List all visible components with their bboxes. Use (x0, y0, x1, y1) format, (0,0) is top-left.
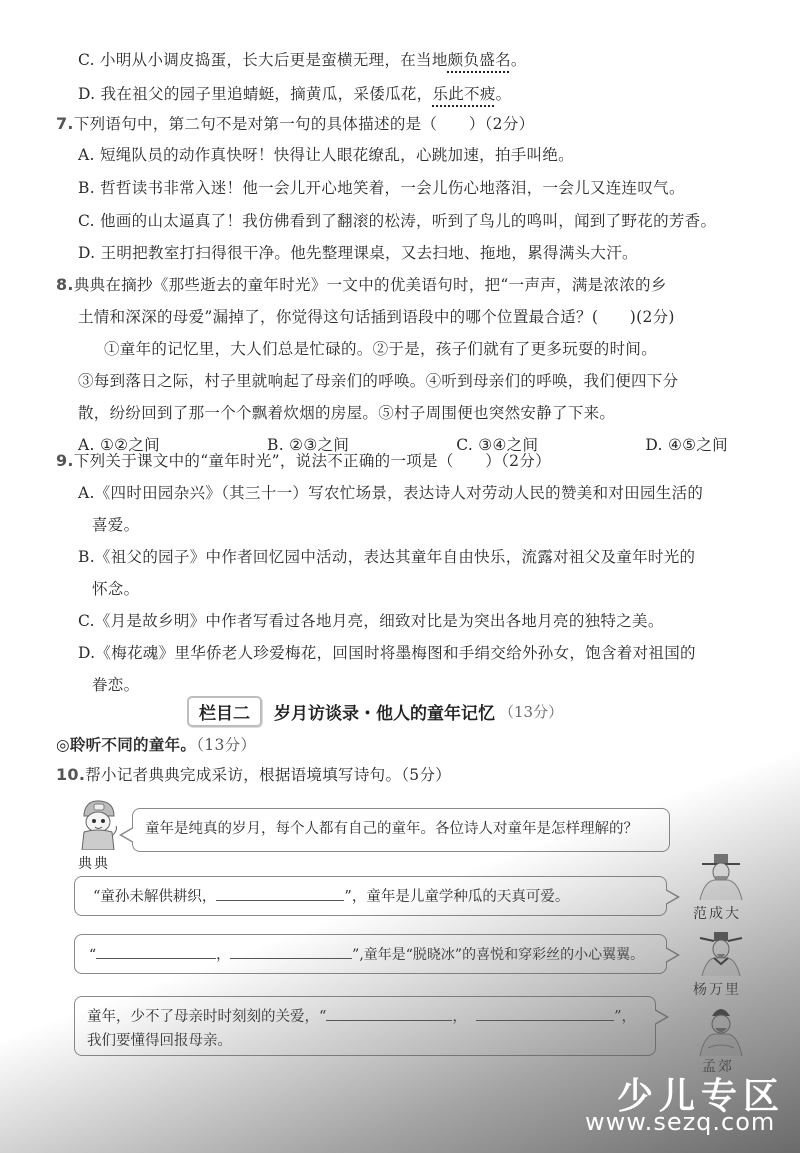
poet-yang-icon (694, 928, 748, 976)
poem-blank-4[interactable] (326, 1006, 452, 1021)
q7-option-c: C. 他画的山太逼真了！我仿佛看到了翻滚的松涛，听到了鸟儿的鸣叫，闻到了野花的芳… (78, 211, 716, 231)
q10-stem: 10.帮小记者典典完成采访，根据语境填写诗句。（5分） (56, 765, 451, 785)
watermark-url: www.sezq.com (585, 1108, 775, 1136)
section-header: 栏目二 岁月访谈录・他人的童年记忆 （13分） (187, 697, 563, 725)
boy-reporter-icon (76, 798, 120, 850)
answer-comment: ”,童年是“脱晓冰”的喜悦和穿彩丝的小心翼翼。 (352, 947, 644, 963)
option-text: C. 小明从小调皮捣蛋，长大后更是蛮横无理，在当地 (78, 51, 448, 69)
q9-option-d-line1: D.《梅花魂》里华侨老人珍爱梅花，回国时将墨梅图和手绢交给外孙女，饱含着对祖国的 (78, 643, 696, 663)
q9-option-c: C.《月是故乡明》中作者写看过各地月亮，细致对比是为突出各地月亮的独特之美。 (78, 611, 664, 631)
poem-blank-1[interactable] (216, 886, 344, 901)
question-text: 下列语句中，第二句不是对第一句的具体描述的是（ ）（2分） (74, 115, 535, 133)
q8-option-d: D. ④⑤之间 (645, 435, 728, 455)
answer-line-1: 童年，少不了母亲时时刻刻的关爱，“， ”， (87, 1006, 643, 1027)
question-number: 9. (56, 451, 74, 470)
close-quote: ”， (614, 1009, 636, 1025)
q7-stem: 7.下列语句中，第二句不是对第一句的具体描述的是（ ）（2分） (56, 114, 534, 134)
poet-meng-icon (694, 1004, 748, 1056)
question-number: 10. (56, 765, 85, 784)
section-title-text: 岁月访谈录・他人的童年记忆 (274, 699, 495, 724)
q8-stem-line1: 8.典典在摘抄《那些逝去的童年时光》一文中的优美语句时，把“一声声，满是浓浓的乡 (56, 275, 667, 295)
subsection-score: （13分） (196, 736, 256, 754)
answer-bubble-yang: “，”,童年是“脱晓冰”的喜悦和穿彩丝的小心翼翼。 (74, 934, 667, 974)
q8-passage-line2: ③每到落日之际，村子里就响起了母亲们的呼唤。④听到母亲们的呼唤，我们便四下分 (78, 371, 678, 391)
poet-fan-icon (694, 852, 748, 900)
answer-bubble-fan: “童孙未解供耕织，”，童年是儿童学种瓜的天真可爱。 (74, 876, 667, 916)
poet-portrait-meng (694, 1004, 748, 1056)
subsection-title: 聆听不同的童年。 (70, 736, 196, 754)
q6-option-d: D. 我在祖父的园子里追蜻蜓，摘黄瓜，采倭瓜花，乐此不疲。 (78, 84, 511, 104)
option-suffix: 。 (511, 51, 527, 69)
poem-blank-3[interactable] (230, 944, 352, 959)
poet-name-fan: 范成大 (693, 903, 741, 923)
emphasized-phrase: 颇负盛名 (448, 51, 511, 69)
poet-portrait-yang (694, 928, 748, 976)
poem-given-line: “童孙未解供耕织， (93, 889, 216, 905)
circle-mark-icon: ◎ (56, 736, 70, 754)
poem-blank-5[interactable] (476, 1006, 614, 1021)
q7-option-d: D. 王明把教室打扫得很干净。他先整理课桌，又去扫地、拖地，累得满头大汗。 (78, 243, 638, 263)
question-text: 典典在摘抄《那些逝去的童年时光》一文中的优美语句时，把“一声声，满是浓浓的乡 (74, 276, 667, 294)
section-label-box: 栏目二 (187, 696, 262, 727)
q8-passage-line3: 散，纷纷回到了那一个个飘着炊烟的房屋。⑤村子周围便也突然安静了下来。 (78, 403, 615, 423)
option-suffix: 。 (496, 85, 512, 103)
q8-stem-line2: 土情和深深的母爱”漏掉了，你觉得这句话插到语段中的哪个位置最合适？( )(2分) (78, 307, 675, 327)
interviewer-question-bubble: 童年是纯真的岁月，每个人都有自己的童年。各位诗人对童年是怎样理解的？ (132, 808, 670, 852)
subsection-heading: ◎聆听不同的童年。（13分） (56, 735, 256, 755)
question-text: 帮小记者典典完成采访，根据语境填写诗句。（5分） (85, 766, 451, 784)
poem-blank-2[interactable] (96, 944, 216, 959)
q9-option-a-line2: 喜爱。 (92, 515, 139, 535)
q9-option-b-line2: 怀念。 (92, 579, 139, 599)
question-number: 7. (56, 114, 74, 133)
q8-passage-line1: ①童年的记忆里，大人们总是忙碌的。②于是，孩子们就有了更多玩耍的时间。 (104, 339, 657, 359)
q7-option-a: A. 短绳队员的动作真快呀！快得让人眼花缭乱，心跳加速，拍手叫绝。 (78, 145, 574, 165)
poet-portrait-fan (694, 852, 748, 900)
question-text: 下列关于课文中的“童年时光”，说法不正确的一项是（ ）（2分） (74, 452, 551, 470)
open-quote: “ (89, 947, 96, 963)
answer-bubble-meng: 童年，少不了母亲时时刻刻的关爱，“， ”， 我们要懂得回报母亲。 (74, 996, 656, 1056)
q9-option-a-line1: A.《四时田园杂兴》（其三十一）写农忙场景，表达诗人对劳动人民的赞美和对田园生活… (78, 483, 703, 503)
corner-shade-overlay (0, 0, 800, 1153)
answer-lead-in: 童年，少不了母亲时时刻刻的关爱，“ (87, 1009, 326, 1025)
option-text: D. 我在祖父的园子里追蜻蜓，摘黄瓜，采倭瓜花， (78, 85, 432, 103)
q9-option-d-line2: 眷恋。 (92, 675, 139, 695)
poet-name-yang: 杨万里 (693, 979, 741, 999)
interviewer-name: 典典 (78, 853, 110, 873)
comma: ， (452, 1009, 467, 1025)
emphasized-phrase: 乐此不疲 (432, 85, 495, 103)
answer-line-2: 我们要懂得回报母亲。 (87, 1031, 643, 1051)
q6-option-c: C. 小明从小调皮捣蛋，长大后更是蛮横无理，在当地颇负盛名。 (78, 50, 527, 70)
q9-stem: 9.下列关于课文中的“童年时光”，说法不正确的一项是（ ）（2分） (56, 451, 551, 471)
q9-option-b-line1: B.《祖父的园子》中作者回忆园中活动，表达其童年自由快乐，流露对祖父及童年时光的 (78, 547, 695, 567)
section-score: （13分） (499, 701, 563, 722)
interviewer-avatar (76, 798, 120, 850)
question-number: 8. (56, 275, 74, 294)
comma: ， (216, 947, 230, 963)
answer-comment: ”，童年是儿童学种瓜的天真可爱。 (344, 889, 569, 905)
q7-option-b: B. 哲哲读书非常入迷！他一会儿开心地笑着，一会儿伤心地落泪，一会儿又连连叹气。 (78, 178, 685, 198)
interviewer-question: 童年是纯真的岁月，每个人都有自己的童年。各位诗人对童年是怎样理解的？ (145, 821, 638, 837)
